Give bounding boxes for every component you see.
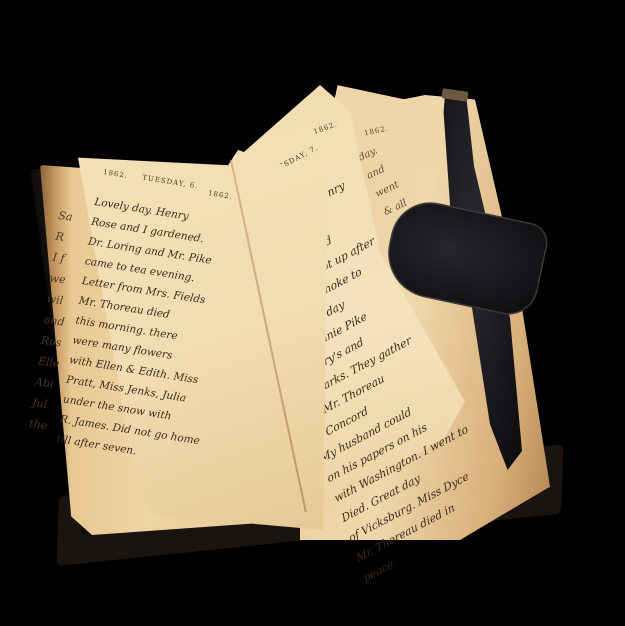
- diary-photo: Sa R I f we wil and Ros Elle Abi Jul the…: [0, 0, 625, 626]
